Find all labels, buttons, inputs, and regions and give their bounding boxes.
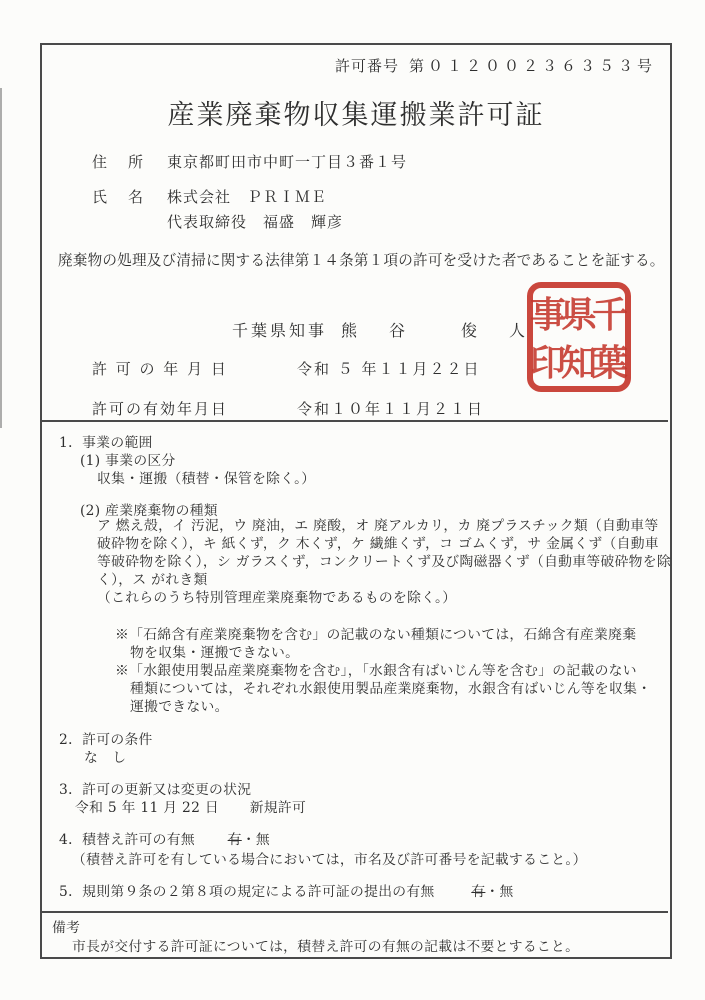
address-label: 住 所 bbox=[92, 153, 146, 171]
section-divider-top bbox=[40, 420, 668, 422]
section1-sub1-heading: (1) 事業の区分 bbox=[80, 449, 176, 469]
permit-number-label: 許可番号 bbox=[335, 57, 399, 75]
granted-date-value: 令和 ５ 年１１月２２日 bbox=[297, 358, 481, 379]
name-label: 氏 名 bbox=[92, 188, 146, 206]
seal-char: 事 bbox=[530, 294, 566, 336]
name-row: 氏 名 株式会社 ＰＲＩＭＥ bbox=[92, 186, 146, 207]
scan-artifact-line bbox=[0, 88, 2, 428]
section2-value: な し bbox=[84, 746, 126, 766]
document-border: 許可番号第０１２００２３６３５３号 産業廃棄物収集運搬業許可証 住 所 東京都町… bbox=[40, 43, 672, 959]
choice-yes: 有 bbox=[228, 832, 242, 848]
permit-number-row: 許可番号第０１２００２３６３５３号 bbox=[335, 55, 656, 76]
choice-no: 無 bbox=[500, 884, 514, 900]
remarks-heading: 備考 bbox=[52, 916, 80, 936]
certification-text: 廃棄物の処理及び清掃に関する法律第１４条第１項の許可を受けた者であることを証する… bbox=[58, 249, 665, 270]
valid-date-value: 令和１０年１１月２１日 bbox=[297, 398, 484, 419]
seal-char: 印 bbox=[530, 342, 566, 384]
section4-note: （積替え許可を有している場合においては，市名及び許可番号を記載すること。） bbox=[72, 848, 587, 868]
choice-yes: 有 bbox=[471, 884, 485, 900]
asbestos-note-line: ※「石綿含有産業廃棄物を含む」の記載のない種類については，石綿含有産業廃棄 bbox=[115, 626, 636, 644]
waste-types-line: ア 燃え殻，イ 汚泥，ウ 廃油，エ 廃酸，オ 廃アルカリ，カ 廃プラスチック類（… bbox=[97, 517, 671, 535]
waste-types-line: 等破砕物を除く），シ ガラスくず，コンクリートくず及び陶磁器くず（自動車等破砕物… bbox=[97, 553, 671, 571]
official-seal: 千 葉 県 知 事 印 bbox=[526, 281, 632, 393]
mercury-note-line: ※「水銀使用製品産業廃棄物を含む」，「水銀含有ばいじん等を含む」の記載のない bbox=[115, 662, 651, 680]
address-row: 住 所 東京都町田市中町一丁目３番１号 bbox=[92, 151, 146, 172]
section4-heading: 4．積替え許可の有無 bbox=[59, 832, 195, 848]
asbestos-note: ※「石綿含有産業廃棄物を含む」の記載のない種類については，石綿含有産業廃棄 物を… bbox=[115, 626, 636, 662]
section5-choice: 有・無 bbox=[471, 884, 513, 900]
waste-types-line: く），ス がれき類 bbox=[97, 571, 671, 589]
section2-heading: 2．許可の条件 bbox=[59, 728, 153, 748]
waste-types-line: （これらのうち特別管理産業廃棄物であるものを除く。） bbox=[97, 589, 671, 607]
section1-sub1-value: 収集・運搬（積替・保管を除く。） bbox=[97, 467, 315, 487]
section3-status: 新規許可 bbox=[250, 800, 306, 816]
page-title: 産業廃棄物収集運搬業許可証 bbox=[42, 93, 670, 132]
waste-types-block: ア 燃え殻，イ 汚泥，ウ 廃油，エ 廃酸，オ 廃アルカリ，カ 廃プラスチック類（… bbox=[97, 517, 671, 607]
permit-number-value: 第０１２００２３６３５３号 bbox=[409, 57, 656, 75]
issuer-row: 千葉県知事熊 谷 俊 人 bbox=[232, 318, 533, 341]
section1-heading: 1．事業の範囲 bbox=[59, 431, 153, 451]
choice-dot: ・ bbox=[242, 832, 256, 848]
issuer-name: 熊 谷 俊 人 bbox=[341, 321, 533, 340]
choice-no: 無 bbox=[256, 832, 270, 848]
seal-char: 知 bbox=[561, 342, 597, 384]
mercury-note: ※「水銀使用製品産業廃棄物を含む」，「水銀含有ばいじん等を含む」の記載のない 種… bbox=[115, 662, 651, 716]
section4-choice: 有・無 bbox=[228, 832, 270, 848]
representative: 代表取締役 福盛 輝彦 bbox=[167, 211, 343, 232]
section3-row: 令和 5 年 11 月 22 日 新規許可 bbox=[75, 796, 306, 816]
section3-heading: 3．許可の更新又は変更の状況 bbox=[59, 778, 251, 798]
choice-dot: ・ bbox=[485, 884, 499, 900]
section5-row: 5．規則第９条の２第８項の規定による許可証の提出の有無 有・無 bbox=[59, 880, 514, 900]
seal-char: 千 bbox=[592, 294, 628, 336]
mercury-note-line: 運搬できない。 bbox=[115, 698, 651, 716]
mercury-note-line: 種類については，それぞれ水銀使用製品産業廃棄物，水銀含有ばいじん等を収集・ bbox=[115, 680, 651, 698]
seal-char: 葉 bbox=[592, 342, 628, 384]
section3-date: 令和 5 年 11 月 22 日 bbox=[75, 800, 219, 816]
section1-sub2-heading: (2) 産業廃棄物の種類 bbox=[80, 499, 218, 519]
remarks-text: 市長が交付する許可証については，積替え許可の有無の記載は不要とすること。 bbox=[72, 935, 579, 955]
remarks-divider bbox=[40, 911, 668, 913]
valid-date-label: 許可の有効年月日 bbox=[92, 398, 228, 419]
asbestos-note-line: 物を収集・運搬できない。 bbox=[115, 644, 636, 662]
address-value: 東京都町田市中町一丁目３番１号 bbox=[167, 151, 407, 172]
company-name: 株式会社 ＰＲＩＭＥ bbox=[167, 186, 327, 207]
issuer-title: 千葉県知事 bbox=[232, 321, 327, 340]
section5-heading: 5．規則第９条の２第８項の規定による許可証の提出の有無 bbox=[59, 884, 435, 900]
waste-types-line: 破砕物を除く），キ 紙くず，ク 木くず，ケ 繊維くず，コ ゴムくず，サ 金属くず… bbox=[97, 535, 671, 553]
granted-date-label: 許 可 の 年 月 日 bbox=[92, 358, 228, 379]
section4-row: 4．積替え許可の有無 有・無 bbox=[59, 828, 270, 848]
seal-char: 県 bbox=[561, 294, 597, 336]
